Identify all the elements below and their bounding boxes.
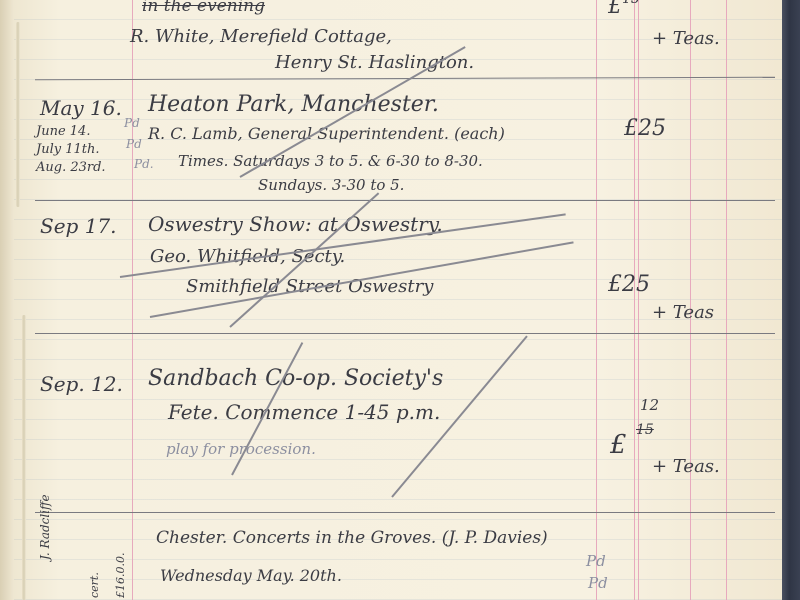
entry-date: Sep 17. <box>40 214 117 238</box>
fee-currency: £ <box>610 430 627 460</box>
entry-line: Sandbach Co-op. Society's <box>148 366 443 391</box>
entry-date: June 14. <box>36 124 90 139</box>
margin-rule <box>132 0 133 600</box>
entry-line: Chester. Concerts in the Groves. (J. P. … <box>156 528 548 548</box>
entry-separator <box>35 512 775 513</box>
entry-separator <box>35 333 775 334</box>
entry-date: May 16. <box>40 96 122 120</box>
entry-date: July 11th. <box>36 142 100 157</box>
paid-mark: Pd. <box>134 157 154 171</box>
book-binding <box>782 0 800 600</box>
entry-separator <box>35 200 775 201</box>
column-rule <box>596 0 597 600</box>
margin-note: J. Radcliffe <box>38 494 52 560</box>
entry-line: Sundays. 3-30 to 5. <box>258 176 404 194</box>
entry-line: Oswestry Show: at Oswestry. <box>148 212 443 236</box>
margin-note: cert. <box>88 572 101 598</box>
entry-line: in the evening <box>142 0 265 16</box>
entry-line: Smithfield Street Oswestry <box>186 276 433 297</box>
fee-extra: + Teas <box>652 302 714 323</box>
margin-note: £16.0.0. <box>114 553 127 598</box>
fee-extra: + Teas. <box>652 456 720 477</box>
fee-struck-amount: 15 <box>636 422 654 438</box>
fee-amount: £25 <box>624 116 666 141</box>
entry-line: Fete. Commence 1-45 p.m. <box>168 400 440 424</box>
fee-amount: 12 <box>640 396 659 414</box>
entry-line: R. White, Merefield Cottage, <box>130 26 392 47</box>
fee-extra: + Teas. <box>652 28 720 49</box>
entry-line: Heaton Park, Manchester. <box>148 92 439 117</box>
column-rule <box>634 0 639 600</box>
binding-stitch <box>22 315 26 600</box>
paid-mark: Pd <box>588 574 608 592</box>
page-gutter <box>0 0 14 600</box>
column-rule <box>726 0 727 600</box>
entry-line: Times. Saturdays 3 to 5. & 6-30 to 8-30. <box>178 152 483 170</box>
binding-stitch <box>16 22 20 207</box>
entry-date: Aug. 23rd. <box>36 160 106 175</box>
fee-amount: £25 <box>608 272 650 297</box>
column-rule <box>690 0 691 600</box>
entry-line: Wednesday May. 20th. <box>160 566 342 585</box>
paid-mark: Pd <box>126 137 142 151</box>
entry-line: Henry St. Haslington. <box>275 52 474 73</box>
paid-mark: Pd <box>124 116 140 130</box>
entry-date: Sep. 12. <box>40 372 123 396</box>
fee-amount: £15 <box>608 0 640 19</box>
paid-mark: Pd <box>586 552 606 570</box>
